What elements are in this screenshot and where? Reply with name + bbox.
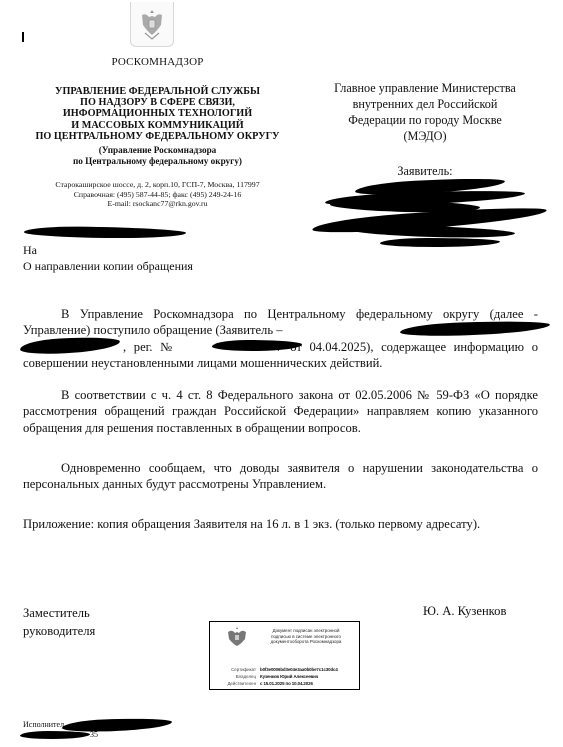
org-email: E-mail: rsockanc77@rkn.gov.ru [15,199,300,209]
signer-name: Ю. А. Кузенков [423,604,506,619]
stamp-heading: Документ подписан электронной подписью в… [258,628,354,645]
paragraph-2: В соответствии с ч. 4 ст. 8 Федерального… [23,387,538,436]
redaction-executor-2 [20,731,90,739]
org-short-name: РОСКОМНАДЗОР [15,56,300,68]
stamp-validity-row: Действителен с 15.01.2025 по 10.04.2026 [212,681,313,687]
stamp-owner-row: Владелец Кузенков Юрий Алексеевич [212,674,318,680]
org-address: Старокаширское шоссе, д. 2, корп.10, ГСП… [15,180,300,190]
applicant-label: Заявитель: [300,164,550,179]
executor-phone-tail: 35 [90,730,98,739]
redaction-executor-1 [62,717,172,733]
org-abbreviation: (Управление Роскомнадзора по Центральном… [15,145,300,167]
stamp-certificate-row: Сертификат b0f3e0006bd3e04e3aa0b0be7c1c3… [212,667,338,673]
document-subject: О направлении копии обращения [23,259,193,274]
electronic-signature-stamp: Документ подписан электронной подписью в… [209,621,360,690]
org-phone: Справочная: (495) 587-44-85; факс (495) … [15,190,300,200]
paragraph-3: Одновременно сообщаем, что доводы заявит… [23,460,538,493]
org-full-name: УПРАВЛЕНИЕ ФЕДЕРАЛЬНОЙ СЛУЖБЫ ПО НАДЗОРУ… [15,86,300,142]
stamp-emblem-icon [226,626,248,648]
text-cursor [22,32,24,42]
org-contacts: Старокаширское шоссе, д. 2, корп.10, ГСП… [15,180,300,209]
reference-on-label: На [23,243,37,258]
executor-line: Исполнител [23,720,64,729]
redaction-applicant-6 [380,238,500,247]
signer-title: Заместитель руководителя [23,604,95,640]
addressee-block: Главное управление Министерства внутренн… [300,80,550,144]
coat-of-arms-emblem-icon [130,2,174,47]
redaction-outgoing-number [24,226,186,240]
attachment-note: Приложение: копия обращения Заявителя на… [23,516,538,532]
